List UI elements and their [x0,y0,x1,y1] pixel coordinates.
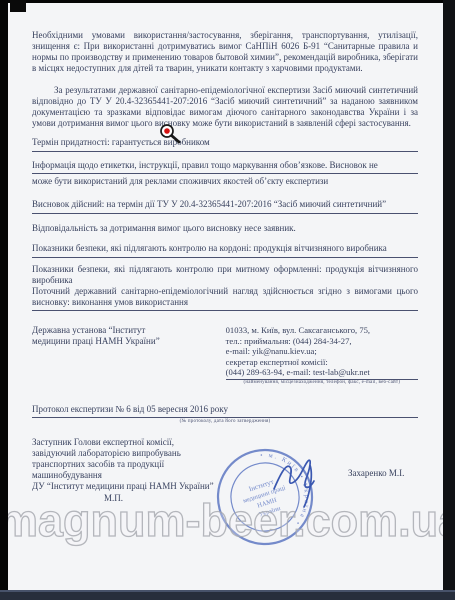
document-page: Необхідними умовами використання/застосу… [8,3,443,592]
frame-corner-tab [10,0,26,12]
frame-bottom-edge [0,590,455,600]
customs-line: Показники безпеки, які підлягають контро… [32,264,418,286]
frame-top-edge [0,0,455,3]
customs-oversight-block: Показники безпеки, які підлягають контро… [32,264,418,311]
contact-phone: тел.: приймальня: (044) 284-34-27, [226,336,418,347]
organization-block: Державна установа “Інститут медицини пра… [32,325,418,386]
scanned-document-viewer: Необхідними умовами використання/застосу… [0,0,455,600]
contact-email: e-mail: yik@nanu.kiev.ua; [226,346,418,357]
frame-left-edge [0,0,8,600]
shelf-life-line: Термін придатності: гарантується виробни… [32,137,418,152]
contact-secretary-label: секретар експертної комісії: [226,357,418,368]
signer-name: Захаренко М.І. [348,468,404,479]
oversight-line: Поточний державний санітарно-епідеміолог… [32,286,418,308]
contacts-caption: (найменування, місцезнаходження, телефон… [226,380,418,386]
protocol-line: Протокол експертизи № 6 від 05 вересня 2… [32,404,418,418]
organization-name-line2: медицини праці НАМН України” [32,336,204,347]
expertise-result-paragraph: За результатами державної санітарно-епід… [32,85,418,129]
contact-secretary-phone-email: (044) 289-63-94, e-mail: test-lab@ukr.ne… [226,367,418,380]
border-control-line: Показники безпеки, які підлягають контро… [32,243,418,258]
organization-name: Державна установа “Інститут медицини пра… [32,325,204,386]
protocol-block: Протокол експертизи № 6 від 05 вересня 2… [32,404,418,425]
zoom-cursor-red-dot [164,128,170,134]
zoom-magnifier-cursor[interactable] [158,123,182,145]
responsibility-line: Відповідальність за дотримання вимог цьо… [32,223,418,234]
organization-name-line1: Державна установа “Інститут [32,325,204,336]
conditions-paragraph: Необхідними умовами використання/застосу… [32,30,418,74]
organization-contacts: 01033, м. Київ, вул. Саксаганського, 75,… [226,325,418,386]
contact-address: 01033, м. Київ, вул. Саксаганського, 75, [226,325,418,336]
label-info-line2: може бути використаний для реклами спожи… [32,174,418,187]
validity-line: Висновок дійсний: на термін дії ТУ У 20.… [32,199,418,214]
label-info-block: Інформація щодо етикетки, інструкції, пр… [32,160,418,187]
frame-right-edge [443,0,455,600]
document-content: Необхідними умовами використання/застосу… [8,3,443,504]
label-info-line1: Інформація щодо етикетки, інструкції, пр… [32,160,418,174]
protocol-caption: (№ протоколу, дата його затвердження) [90,419,360,425]
watermark-text: magnum-beer.com.ua [0,495,455,547]
